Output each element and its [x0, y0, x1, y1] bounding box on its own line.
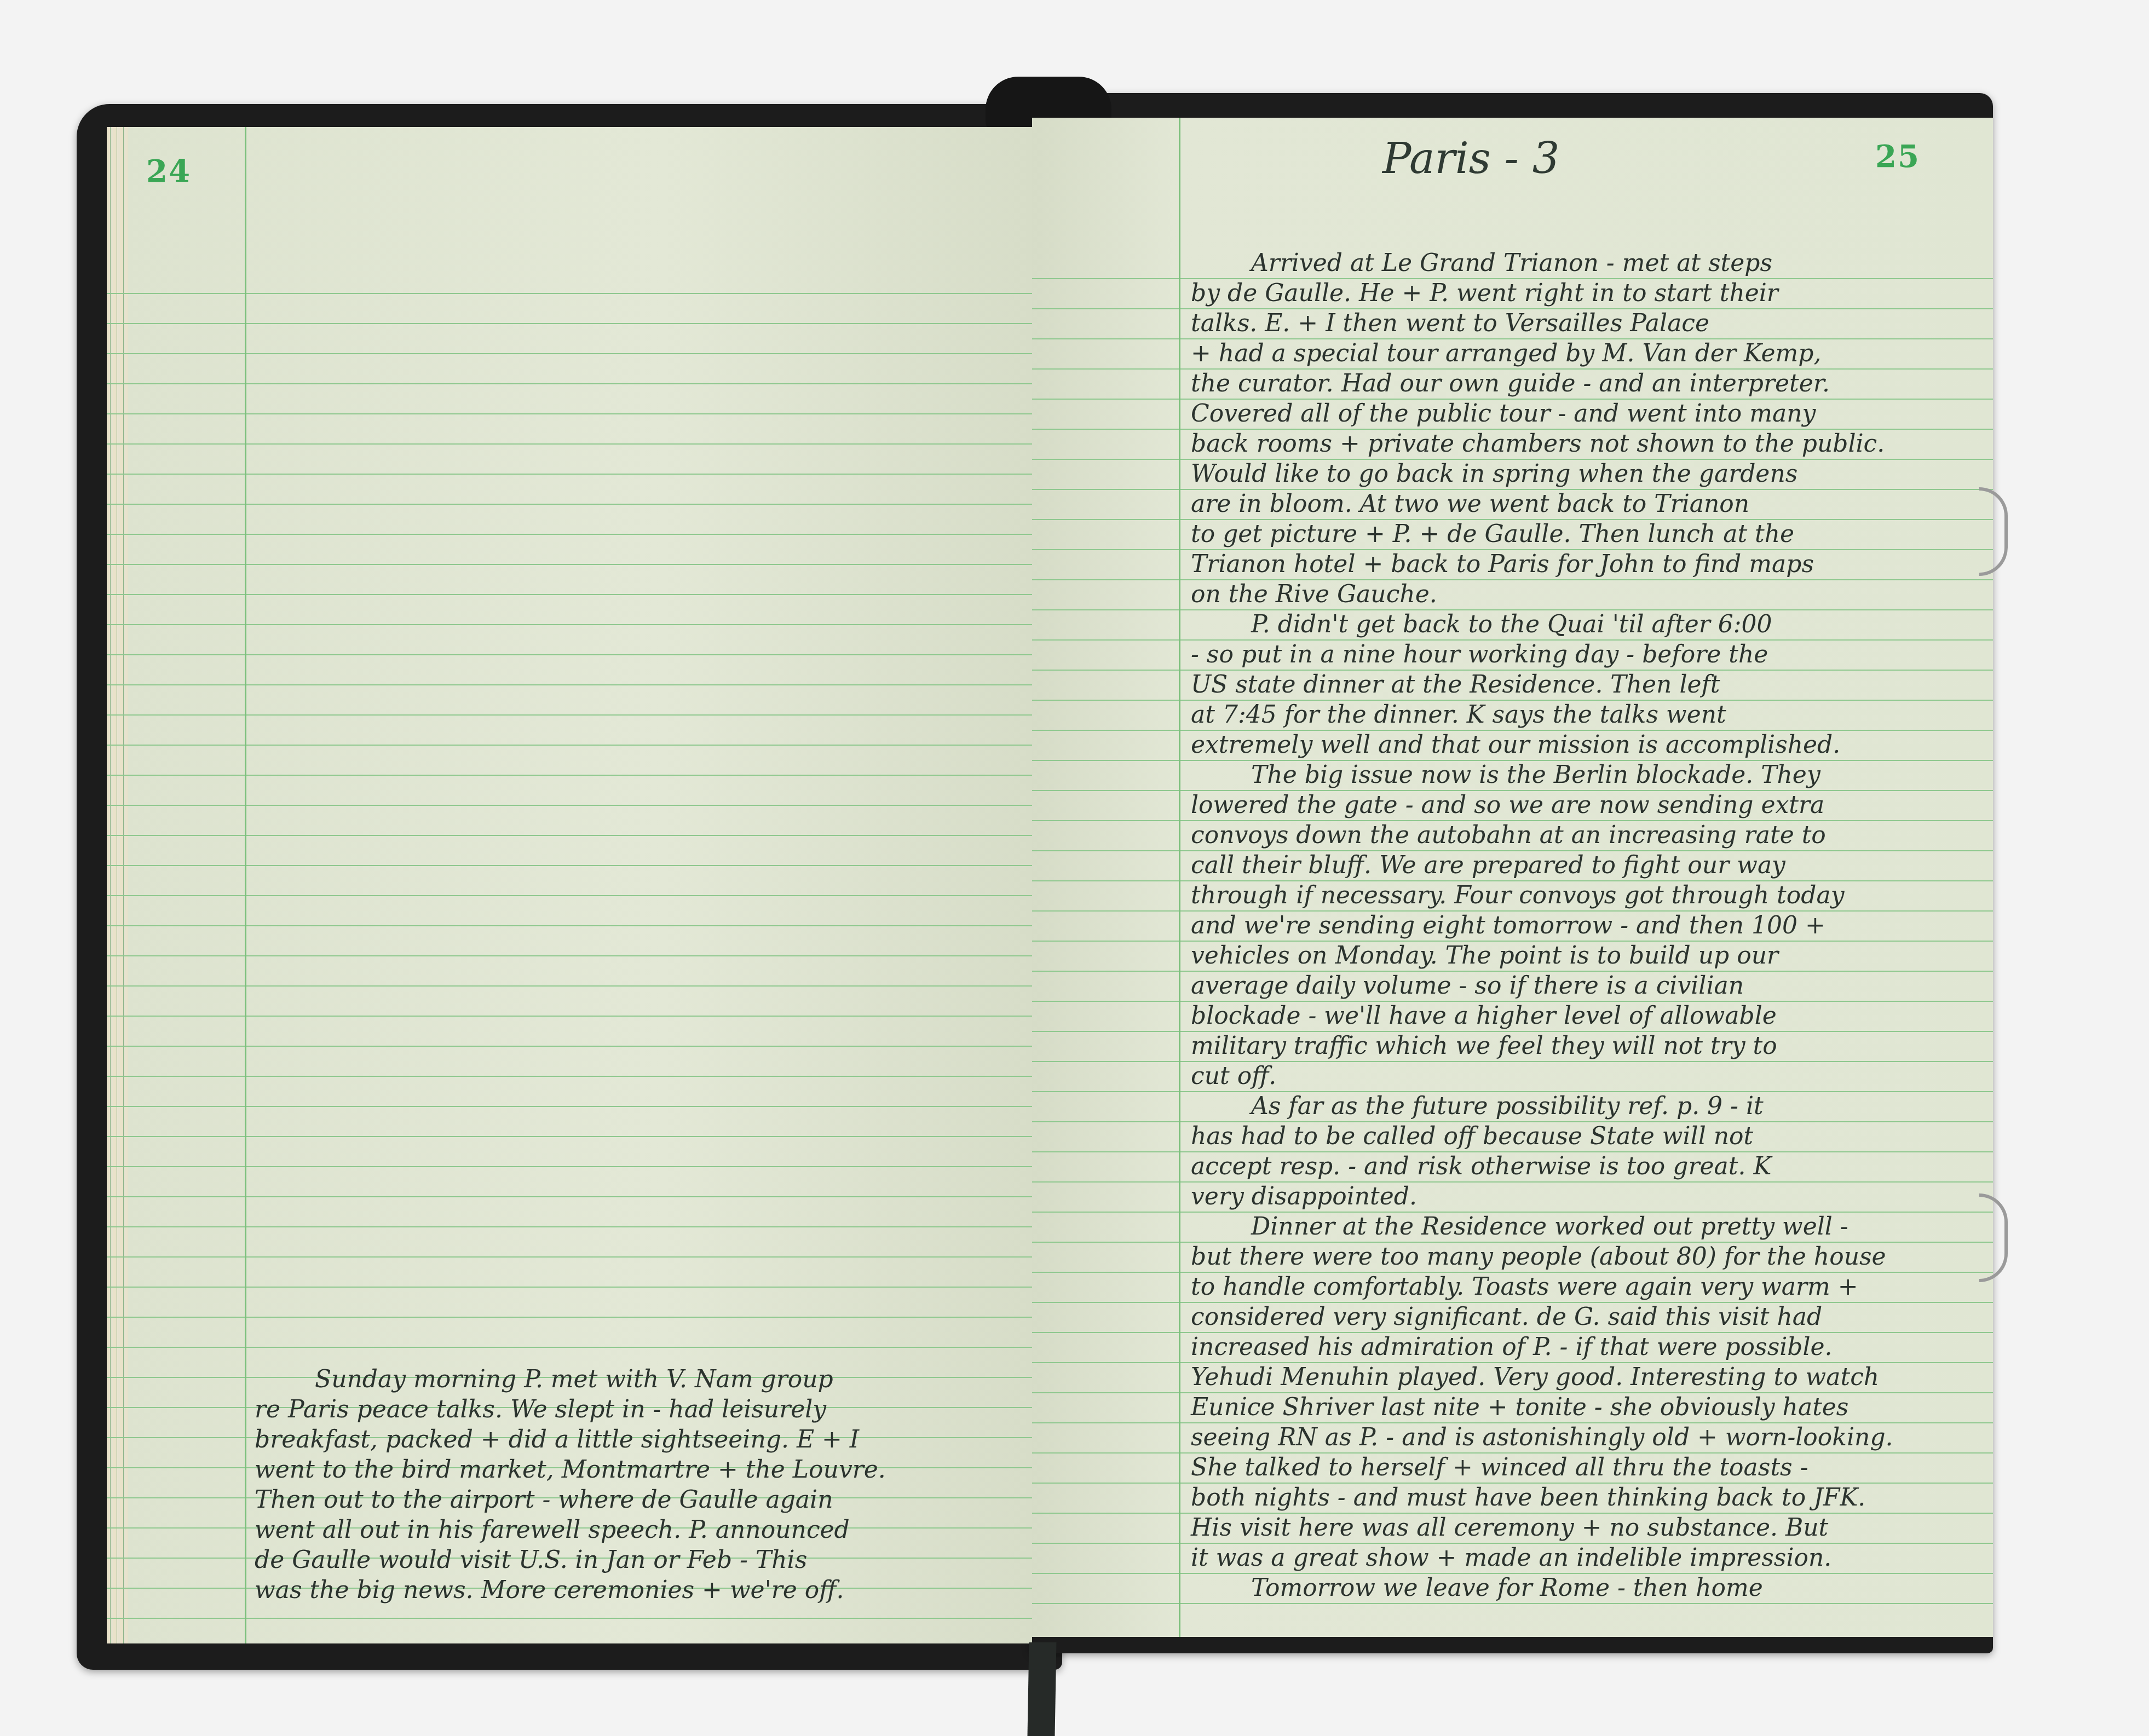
entry-line: US state dinner at the Residence. Then l… [1191, 670, 1893, 700]
ribbon-bookmark [1028, 1642, 1057, 1736]
entry-line: blockade - we'll have a higher level of … [1191, 1001, 1893, 1031]
entry-line: convoys down the autobahn at an increasi… [1191, 820, 1893, 850]
entry-line: accept resp. - and risk otherwise is too… [1191, 1151, 1893, 1181]
entry-line: Covered all of the public tour - and wen… [1191, 399, 1893, 429]
entry-line: extremely well and that our mission is a… [1191, 730, 1893, 760]
entry-line: Arrived at Le Grand Trianon - met at ste… [1191, 248, 1893, 278]
entry-line: seeing RN as P. - and is astonishingly o… [1191, 1422, 1893, 1452]
entry-line: call their bluff. We are prepared to fig… [1191, 850, 1893, 880]
diary-entry: Arrived at Le Grand Trianon - met at ste… [1191, 248, 1893, 1603]
binder-clip [1979, 487, 2008, 576]
entry-line: The big issue now is the Berlin blockade… [1191, 760, 1893, 790]
entry-line: de Gaulle would visit U.S. in Jan or Feb… [255, 1545, 886, 1575]
entry-line: the curator. Had our own guide - and an … [1191, 368, 1893, 399]
entry-line: to get picture + P. + de Gaulle. Then lu… [1191, 519, 1893, 549]
entry-line: cut off. [1191, 1061, 1893, 1091]
page-number: 25 [1875, 139, 1920, 175]
entry-line: Then out to the airport - where de Gaull… [255, 1485, 886, 1515]
entry-line: breakfast, packed + did a little sightse… [255, 1424, 886, 1455]
entry-line: + had a special tour arranged by M. Van … [1191, 338, 1893, 368]
entry-line: re Paris peace talks. We slept in - had … [255, 1394, 886, 1424]
entry-line: increased his admiration of P. - if that… [1191, 1332, 1893, 1362]
entry-line: Would like to go back in spring when the… [1191, 459, 1893, 489]
left-page: 24 Sunday morning P. met with V. Nam gro… [107, 127, 1032, 1643]
entry-line: She talked to herself + winced all thru … [1191, 1452, 1893, 1483]
entry-line: P. didn't get back to the Quai 'til afte… [1191, 609, 1893, 639]
entry-line: Yehudi Menuhin played. Very good. Intere… [1191, 1362, 1893, 1392]
entry-line: - so put in a nine hour working day - be… [1191, 639, 1893, 670]
entry-line: at 7:45 for the dinner. K says the talks… [1191, 700, 1893, 730]
binder-clip [1979, 1193, 2008, 1282]
entry-line: considered very significant. de G. said … [1191, 1302, 1893, 1332]
entry-line: has had to be called off because State w… [1191, 1121, 1893, 1151]
entry-line: Eunice Shriver last nite + tonite - she … [1191, 1392, 1893, 1422]
entry-line: Tomorrow we leave for Rome - then home [1191, 1573, 1893, 1603]
entry-line: it was a great show + made an indelible … [1191, 1543, 1893, 1573]
diary-entry: Sunday morning P. met with V. Nam groupr… [255, 1364, 886, 1605]
page-title: Paris - 3 [1382, 134, 1559, 183]
entry-line: on the Rive Gauche. [1191, 579, 1893, 609]
entry-line: by de Gaulle. He + P. went right in to s… [1191, 278, 1893, 308]
page-number: 24 [146, 153, 191, 189]
entry-line: went to the bird market, Montmartre + th… [255, 1455, 886, 1485]
entry-line: back rooms + private chambers not shown … [1191, 429, 1893, 459]
margin-line [245, 127, 246, 1643]
entry-line: As far as the future possibility ref. p.… [1191, 1091, 1893, 1121]
entry-line: was the big news. More ceremonies + we'r… [255, 1575, 886, 1605]
entry-line: went all out in his farewell speech. P. … [255, 1515, 886, 1545]
entry-line: talks. E. + I then went to Versailles Pa… [1191, 308, 1893, 338]
entry-line: but there were too many people (about 80… [1191, 1242, 1893, 1272]
entry-line: Trianon hotel + back to Paris for John t… [1191, 549, 1893, 579]
entry-line: Sunday morning P. met with V. Nam group [255, 1364, 886, 1394]
right-page: Paris - 3 25 Arrived at Le Grand Trianon… [1032, 118, 1993, 1637]
entry-line: vehicles on Monday. The point is to buil… [1191, 941, 1893, 971]
entry-line: and we're sending eight tomorrow - and t… [1191, 910, 1893, 941]
entry-line: Dinner at the Residence worked out prett… [1191, 1212, 1893, 1242]
entry-line: military traffic which we feel they will… [1191, 1031, 1893, 1061]
entry-line: His visit here was all ceremony + no sub… [1191, 1513, 1893, 1543]
entry-line: average daily volume - so if there is a … [1191, 971, 1893, 1001]
entry-line: very disappointed. [1191, 1181, 1893, 1212]
entry-line: lowered the gate - and so we are now sen… [1191, 790, 1893, 820]
entry-line: are in bloom. At two we went back to Tri… [1191, 489, 1893, 519]
entry-line: to handle comfortably. Toasts were again… [1191, 1272, 1893, 1302]
margin-line [1179, 118, 1180, 1637]
entry-line: both nights - and must have been thinkin… [1191, 1483, 1893, 1513]
entry-line: through if necessary. Four convoys got t… [1191, 880, 1893, 910]
